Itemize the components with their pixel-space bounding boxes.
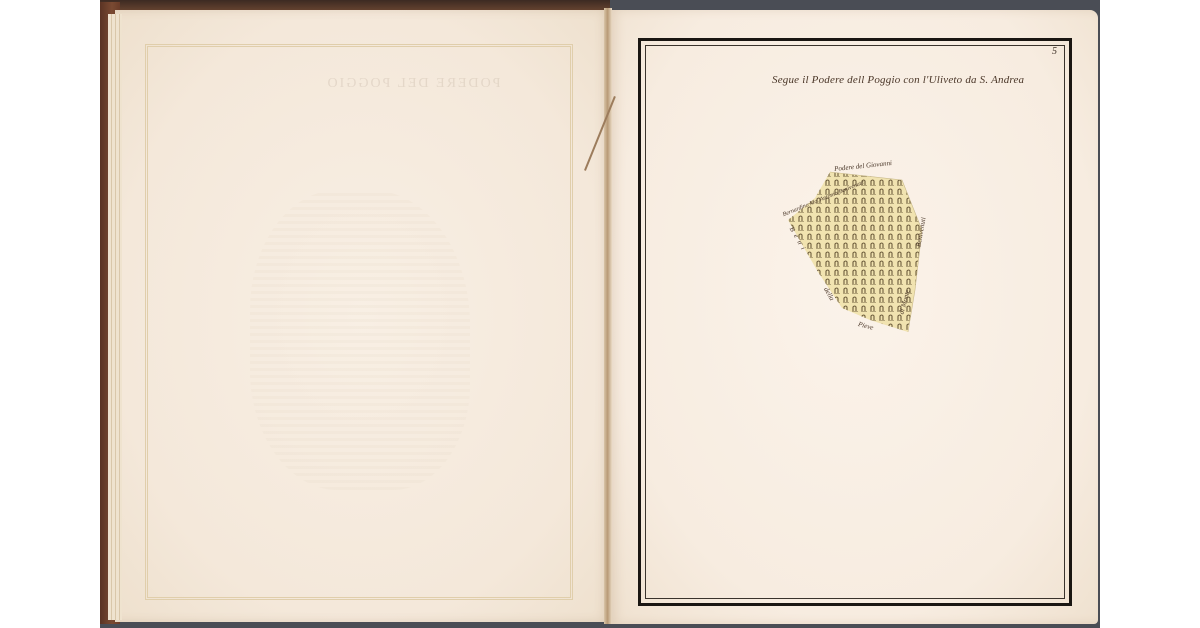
- page-number: 5: [1052, 46, 1057, 57]
- page-stack-edges: [108, 14, 122, 620]
- page-title: Segue il Podere dell Poggio con l'Ulivet…: [772, 74, 1024, 86]
- scene: PODERE DEL POGGIO 5 Segue il Podere dell…: [0, 0, 1200, 628]
- book-spine-gutter: [604, 8, 612, 624]
- olive-grove-plot-map: Podere del Giovanni Bernardino Mo. Anton…: [770, 160, 940, 340]
- show-through-cartouche: PODERE DEL POGGIO: [318, 76, 508, 136]
- show-through-plot: [250, 190, 470, 490]
